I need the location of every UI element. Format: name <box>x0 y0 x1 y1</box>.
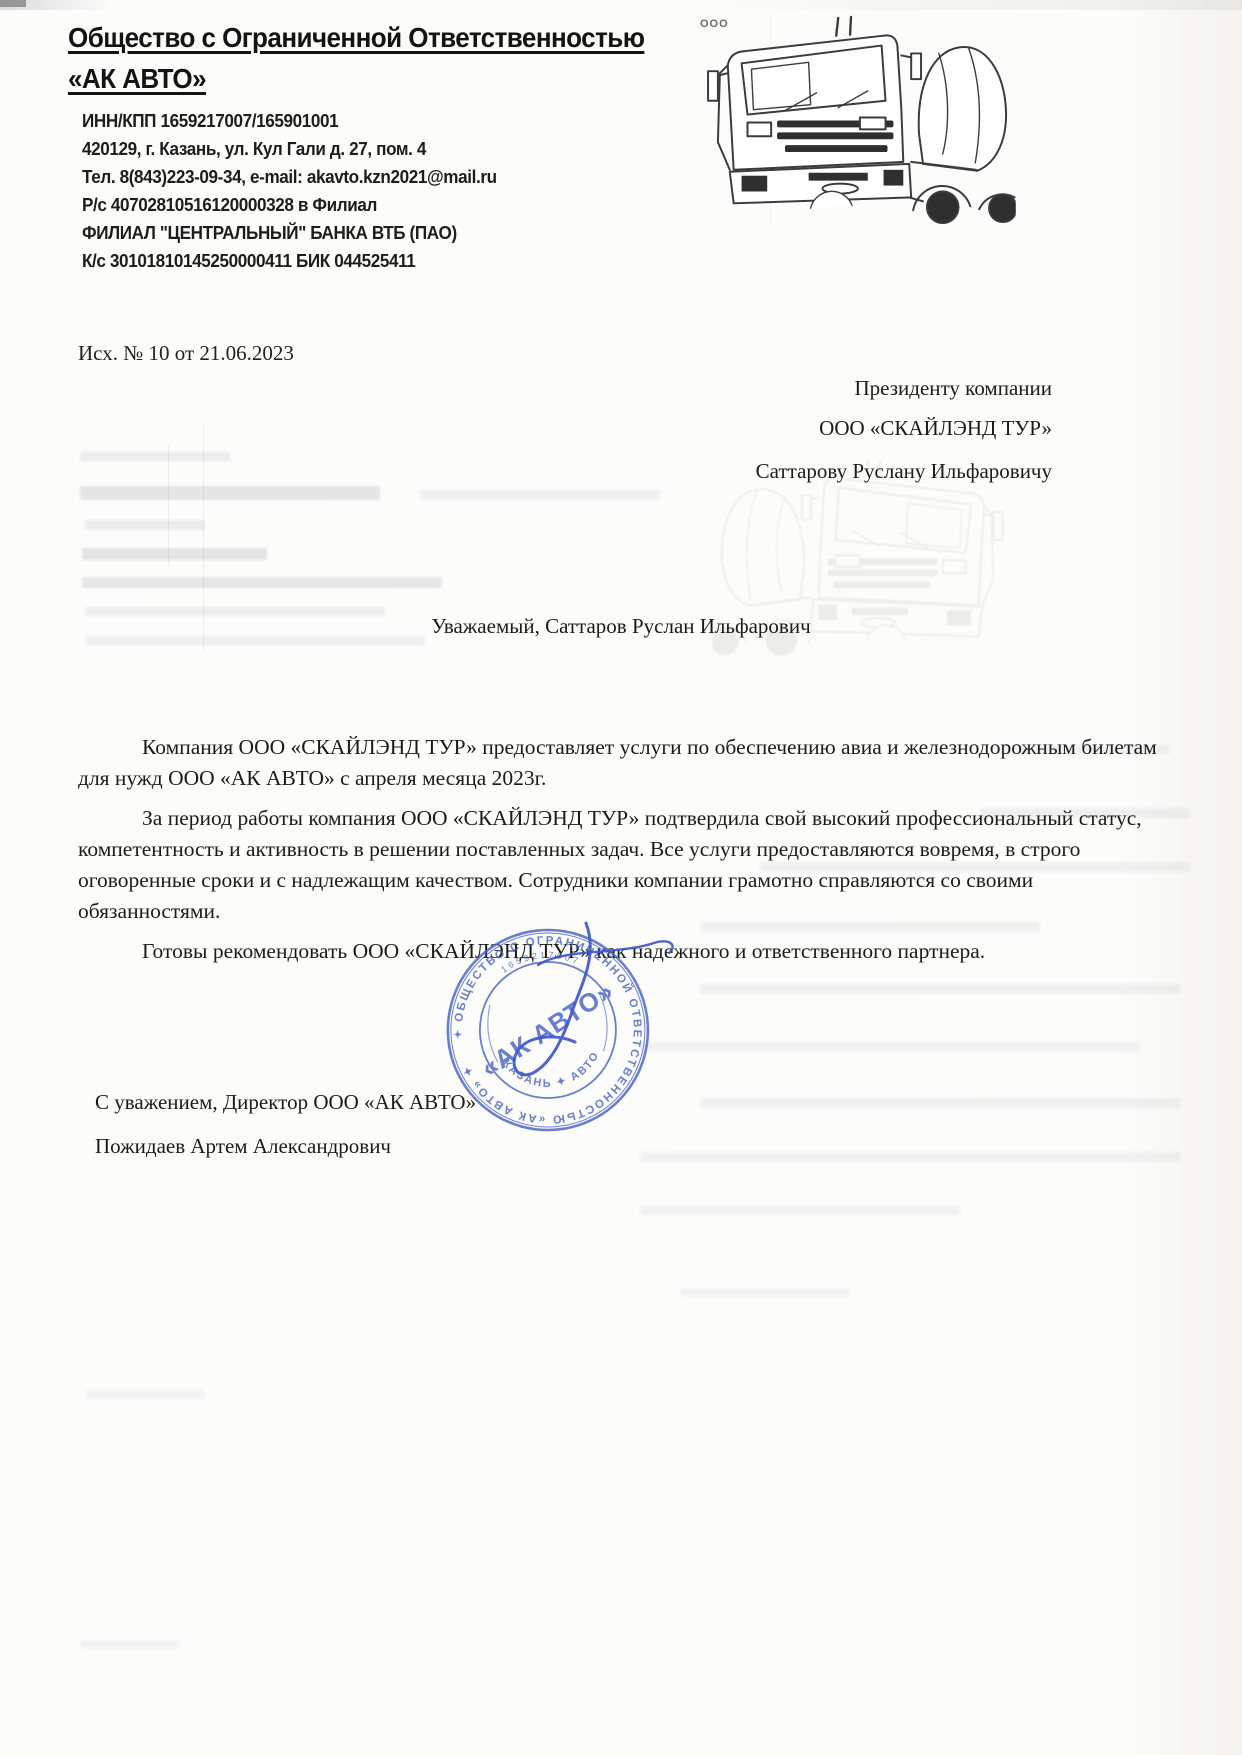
company-phone-email: Тел. 8(843)223-09-34, e-mail: akavto.kzn… <box>82 163 639 191</box>
company-inn-kpp: ИНН/КПП 1659217007/165901001 <box>82 107 639 135</box>
company-address: 420129, г. Казань, ул. Кул Гали д. 27, п… <box>82 135 639 163</box>
outgoing-reference: Исх. № 10 от 21.06.2023 <box>78 341 294 366</box>
scan-artifact <box>700 1098 1180 1108</box>
scan-artifact <box>640 1042 1140 1052</box>
recipient-block: Президенту компании ООО «СКАЙЛЭНД ТУР» С… <box>756 368 1052 491</box>
recipient-company: ООО «СКАЙЛЭНД ТУР» <box>756 408 1052 448</box>
body-paragraph-1: Компания ООО «СКАЙЛЭНД ТУР» предоставляе… <box>78 732 1178 794</box>
scan-artifact <box>80 486 380 500</box>
company-bank: ФИЛИАЛ "ЦЕНТРАЛЬНЫЙ" БАНКА ВТБ (ПАО) <box>82 219 639 247</box>
scan-artifact <box>80 452 230 461</box>
letterhead: Общество с Ограниченной Ответственностью… <box>68 22 668 275</box>
director-signature <box>468 903 698 1118</box>
company-corr-account-bik: К/с 30101810145250000411 БИК 044525411 <box>82 247 639 275</box>
scan-edge-artifact <box>0 0 1242 10</box>
scan-artifact <box>640 1206 960 1215</box>
closing-regards: С уважением, Директор ООО «АК АВТО» <box>95 1090 476 1115</box>
company-account: Р/с 40702810516120000328 в Филиал <box>82 191 639 219</box>
scan-artifact <box>640 1152 1180 1162</box>
closing-block: С уважением, Директор ООО «АК АВТО» Пожи… <box>95 1090 476 1159</box>
scan-artifact <box>82 548 267 560</box>
cement-mixer-truck-drawing <box>688 14 1018 226</box>
company-name-title: «АК АВТО» <box>68 63 206 95</box>
scan-artifact <box>80 1640 180 1649</box>
fold-line <box>168 445 169 565</box>
company-details: ИНН/КПП 1659217007/165901001 420129, г. … <box>82 107 639 275</box>
company-form-title: Общество с Ограниченной Ответственностью <box>68 22 626 54</box>
scan-artifact <box>700 984 1180 994</box>
scan-artifact <box>85 1390 205 1399</box>
scan-artifact <box>420 490 660 500</box>
closing-director-name: Пожидаев Артем Александрович <box>95 1134 476 1159</box>
salutation: Уважаемый, Саттаров Руслан Ильфарович <box>0 614 1242 639</box>
scan-artifact <box>82 577 442 588</box>
letter-page: Общество с Ограниченной Ответственностью… <box>0 0 1242 1755</box>
scan-artifact <box>680 1288 850 1297</box>
recipient-title: Президенту компании <box>756 368 1052 408</box>
recipient-person: Саттарову Руслану Ильфаровичу <box>756 451 1052 491</box>
scan-corner-mark <box>0 0 26 7</box>
scan-artifact <box>85 520 205 530</box>
